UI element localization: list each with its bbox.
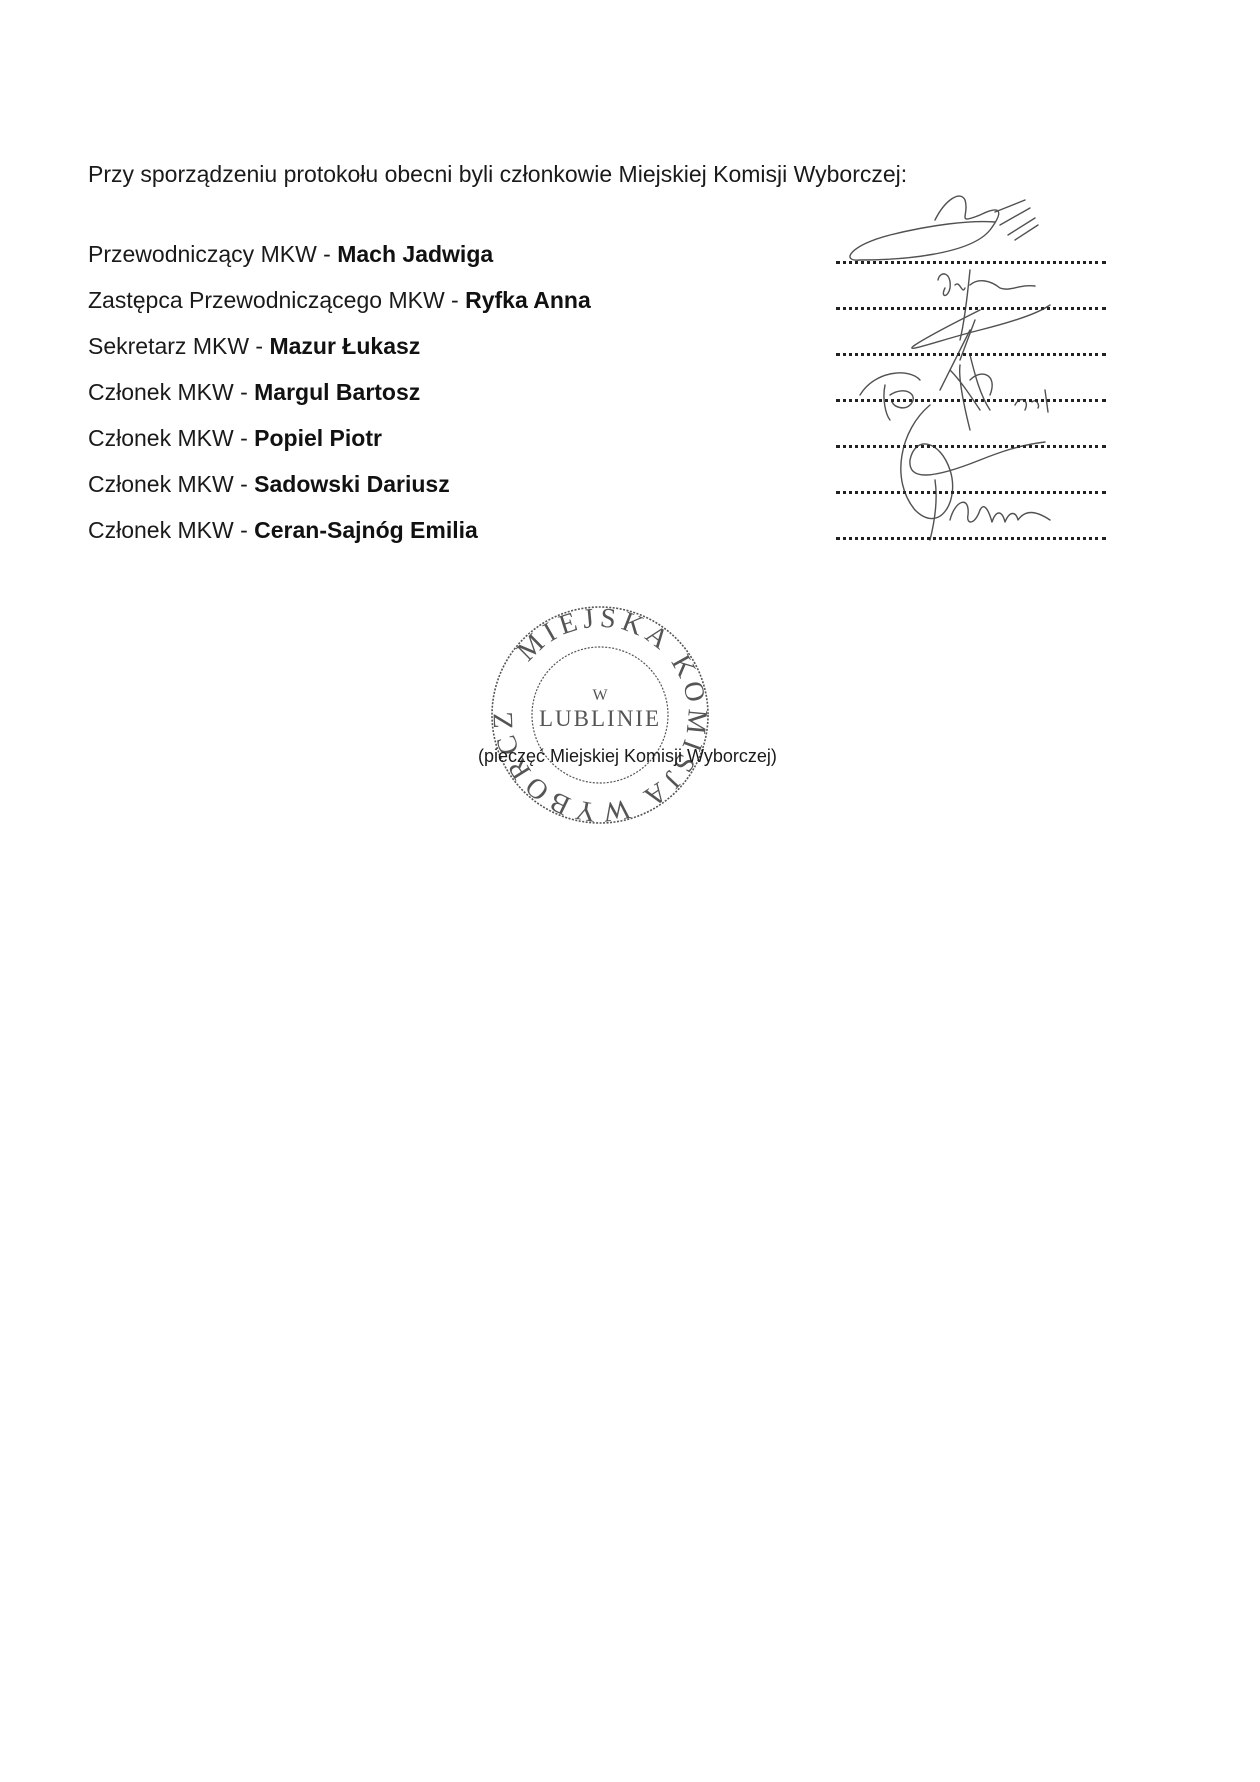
- signature-line: [836, 307, 1106, 310]
- signature-line: [836, 353, 1106, 356]
- member-list: Przewodniczący MKW - Mach Jadwiga Zastęp…: [88, 240, 1118, 562]
- intro-text: Przy sporządzeniu protokołu obecni byli …: [88, 160, 907, 188]
- member-row: Przewodniczący MKW - Mach Jadwiga: [88, 240, 1118, 286]
- member-row: Sekretarz MKW - Mazur Łukasz: [88, 332, 1118, 378]
- stamp-center-large: LUBLINIE: [539, 706, 661, 731]
- member-role: Członek MKW -: [88, 517, 254, 543]
- signature-line: [836, 399, 1106, 402]
- official-stamp: MIEJSKA KOMISJA WYBORCZA W LUBLINIE: [485, 600, 715, 830]
- stamp-caption: (pieczęć Miejskiej Komisji Wyborczej): [478, 745, 777, 767]
- member-row: Zastępca Przewodniczącego MKW - Ryfka An…: [88, 286, 1118, 332]
- signature-line: [836, 491, 1106, 494]
- member-role: Członek MKW -: [88, 471, 254, 497]
- member-name: Sadowski Dariusz: [254, 471, 450, 497]
- signature-line: [836, 261, 1106, 264]
- stamp-center-small: W: [592, 687, 608, 704]
- member-name: Mach Jadwiga: [337, 241, 493, 267]
- member-name: Mazur Łukasz: [269, 333, 420, 359]
- member-row: Członek MKW - Margul Bartosz: [88, 378, 1118, 424]
- member-role: Członek MKW -: [88, 425, 254, 451]
- member-row: Członek MKW - Popiel Piotr: [88, 424, 1118, 470]
- member-row: Członek MKW - Ceran-Sajnóg Emilia: [88, 516, 1118, 562]
- signature-line: [836, 445, 1106, 448]
- member-role: Sekretarz MKW -: [88, 333, 269, 359]
- member-role: Członek MKW -: [88, 379, 254, 405]
- member-role: Przewodniczący MKW -: [88, 241, 337, 267]
- member-name: Ryfka Anna: [465, 287, 591, 313]
- member-name: Popiel Piotr: [254, 425, 382, 451]
- member-name: Margul Bartosz: [254, 379, 420, 405]
- member-name: Ceran-Sajnóg Emilia: [254, 517, 478, 543]
- member-role: Zastępca Przewodniczącego MKW -: [88, 287, 465, 313]
- member-row: Członek MKW - Sadowski Dariusz: [88, 470, 1118, 516]
- signature-line: [836, 537, 1106, 540]
